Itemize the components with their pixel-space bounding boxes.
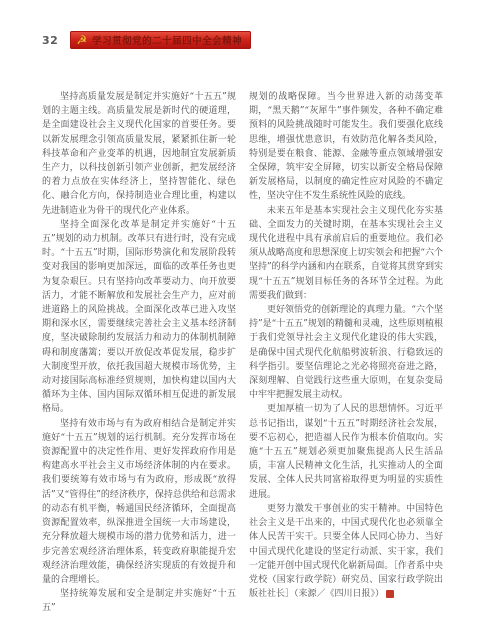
article-column-left: 坚持高质量发展是制定并实施好“十五五”规划的主题主线。高质量发展是新时代的硬道理… (42, 90, 236, 616)
section-banner: ☭ 学习贯彻党的二十届四中全会精神 (70, 31, 251, 49)
section-banner-label: 学习贯彻党的二十届四中全会精神 (92, 33, 242, 47)
article-paragraph: 坚持高质量发展是制定并实施好“十五五”规划的主题主线。高质量发展是新时代的硬道理… (42, 90, 236, 218)
article-paragraph: 未来五年是基本实现社会主义现代化夯实基础、全面发力的关键时期，在基本实现社会主义… (249, 204, 443, 303)
article-paragraph: 坚持有效市场与有为政府相结合是制定并实施好“十五五”规划的运行机制。充分发挥市场… (42, 417, 236, 587)
article-column-right: 规划的战略保障。当今世界进入新的动荡变革期，“黑天鹅”“灰犀牛”事件频发，各种不… (249, 90, 443, 616)
page-header: 32 ☭ 学习贯彻党的二十届四中全会精神 (42, 30, 443, 50)
article-paragraph: 更好领悟党的创新理论的真理力量。“六个坚持”是“十五五”规划的精髓和灵魂，这些原… (249, 303, 443, 402)
article-paragraph: 坚持全面深化改革是制定并实施好“十五五”规划的动力机制。改革只有进行时，没有完成… (42, 218, 236, 417)
page-number: 32 (42, 34, 58, 47)
magazine-page: 32 ☭ 学习贯彻党的二十届四中全会精神 坚持高质量发展是制定并实施好“十五五”… (0, 0, 485, 640)
article-paragraph: 规划的战略保障。当今世界进入新的动荡变革期，“黑天鹅”“灰犀牛”事件频发，各种不… (249, 90, 443, 204)
article-end-mark: ■ (386, 590, 394, 598)
article-paragraph: 坚持统筹发展和安全是制定并实施好“十五五” (42, 587, 236, 615)
article-paragraph: 更努力激发干事创业的实干精神。中国特色社会主义是干出来的，中国式现代化也必须靠全… (249, 502, 443, 601)
article-paragraph: 更加厚植一切为了人民的思想情怀。习近平总书记指出，谋划“十五五”时期经济社会发展… (249, 402, 443, 501)
party-emblem-icon: ☭ (76, 34, 87, 46)
article-body: 坚持高质量发展是制定并实施好“十五五”规划的主题主线。高质量发展是新时代的硬道理… (42, 90, 443, 616)
